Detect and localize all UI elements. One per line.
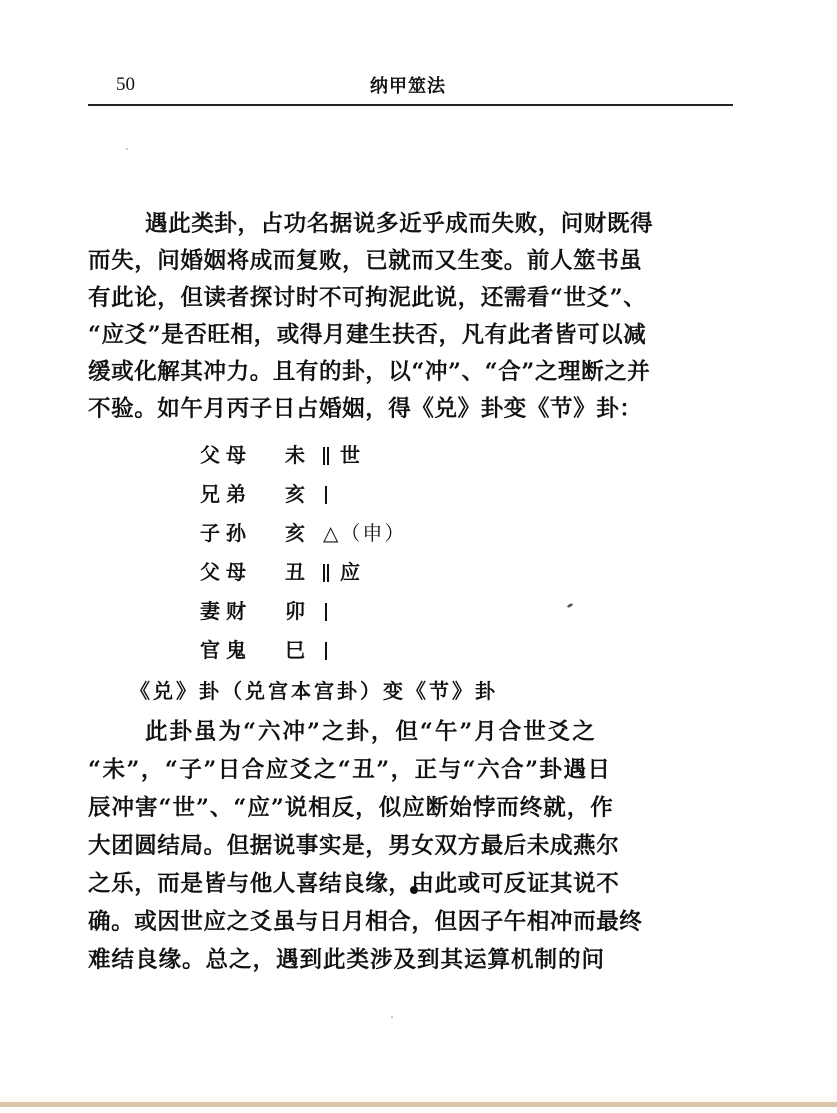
- scan-speck: [567, 603, 574, 609]
- text-line: “未”，“子”日合应爻之“丑”，正与“六合”卦遇日: [88, 755, 728, 785]
- earthly-branch: 巳: [285, 635, 315, 665]
- text-line: 此卦虽为“六冲”之卦，但“午”月合世爻之: [145, 717, 730, 747]
- text-line: 而失，问婚姻将成而复败，已就而又生变。前人筮书虽: [88, 246, 728, 276]
- text-line: 之乐，而是皆与他人喜结良缘，由此或可反证其说不: [88, 869, 728, 899]
- six-relation: 妻财: [200, 596, 270, 626]
- six-relation: 子孙: [200, 518, 270, 548]
- yang-line-icon: [321, 486, 337, 504]
- text-line: 有此论，但读者探讨时不可拘泥此说，还需看“世爻”、: [88, 283, 728, 313]
- six-relation: 父母: [200, 557, 270, 587]
- hexagram-caption: 《兑》卦（兑宫本宫卦）变《节》卦: [130, 676, 498, 706]
- text-line: 遇此类卦，占功名据说多近乎成而失败，问财既得: [145, 209, 730, 239]
- scan-speck: [391, 1016, 393, 1018]
- line-marker: 应: [340, 557, 360, 587]
- header-rule: [88, 104, 733, 106]
- earthly-branch: 未: [285, 440, 315, 470]
- earthly-branch: 亥: [285, 518, 315, 548]
- book-page: 50 纳甲筮法 遇此类卦，占功名据说多近乎成而失败，问财既得 而失，问婚姻将成而…: [0, 0, 837, 1102]
- page-number: 50: [116, 74, 135, 96]
- running-title: 纳甲筮法: [370, 72, 446, 98]
- text-line: 确。或因世应之爻虽与日月相合，但因子午相冲而最终: [88, 907, 728, 937]
- text-line: 辰冲害“世”、“应”说相反，似应断始悖而终就，作: [88, 793, 728, 823]
- text-line: 难结良缘。总之，遇到此类涉及到其运算机制的问: [88, 945, 728, 975]
- text-line: 不验。如午月丙子日占婚姻，得《兑》卦变《节》卦：: [88, 394, 728, 424]
- six-relation: 父母: [200, 440, 270, 470]
- six-relation: 官鬼: [200, 635, 270, 665]
- yang-line-icon: [321, 603, 337, 621]
- yang-line-icon: [321, 642, 337, 660]
- text-line: 缓或化解其冲力。且有的卦，以“冲”、“合”之理断之并: [88, 357, 728, 387]
- six-relation: 兄弟: [200, 479, 270, 509]
- yin-line-icon: [321, 447, 337, 465]
- text-line: “应爻”是否旺相，或得月建生扶否，凡有此者皆可以减: [88, 320, 728, 350]
- page-edge-strip: [0, 1102, 837, 1107]
- yin-line-icon: [321, 564, 337, 582]
- earthly-branch: 丑: [285, 557, 315, 587]
- text-line: 大团圆结局。但据说事实是，男女双方最后未成燕尔: [88, 831, 728, 861]
- earthly-branch: 卯: [285, 596, 315, 626]
- moving-line-triangle-icon: △（申）: [323, 518, 406, 548]
- scan-speck: [126, 148, 128, 150]
- earthly-branch: 亥: [285, 479, 315, 509]
- scan-speck: [410, 886, 418, 894]
- page-edge-fade: [0, 1092, 837, 1102]
- line-marker: 世: [340, 440, 360, 470]
- running-head: 50 纳甲筮法: [88, 72, 733, 100]
